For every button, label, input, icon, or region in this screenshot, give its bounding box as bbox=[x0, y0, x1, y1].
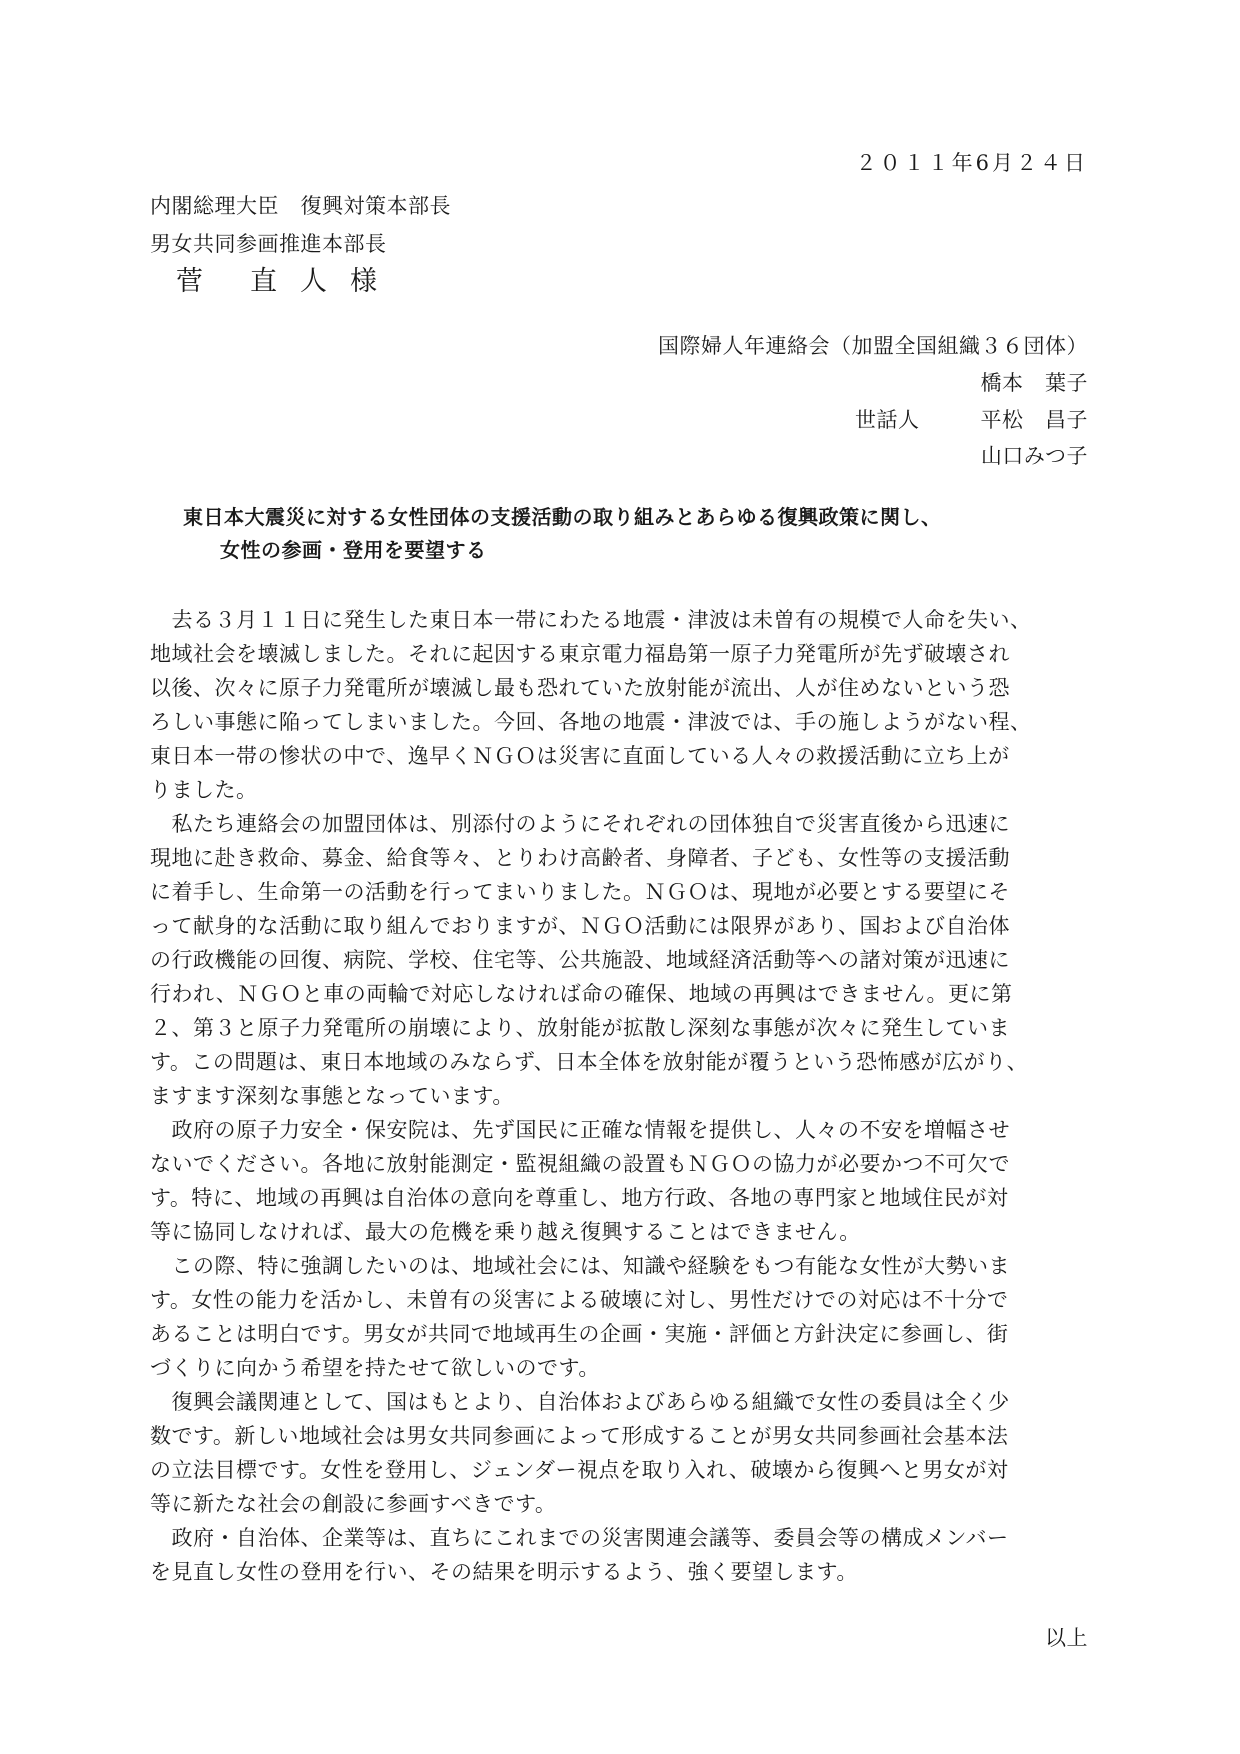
recipient-name-char: 直 bbox=[250, 268, 300, 295]
body-line: 現地に赴き救命、募金、給食等々、とりわけ高齢者、身障者、子ども、女性等の支援活動 bbox=[150, 848, 1090, 869]
body-line: 行われ、ＮＧＯと車の両輪で対応しなければ命の確保、地域の再興はできません。更に第 bbox=[150, 984, 1090, 1005]
body-line: ないでください。各地に放射能測定・監視組織の設置もＮＧＯの協力が必要かつ不可欠で bbox=[150, 1154, 1090, 1175]
body-line: 等に新たな社会の創設に参画すべきです。 bbox=[150, 1494, 1090, 1515]
body-line: 去る３月１１日に発生した東日本一帯にわたる地震・津波は未曽有の規模で人命を失い、 bbox=[150, 610, 1090, 631]
body-line: を見直し女性の登用を行い、その結果を明示するよう、強く要望します。 bbox=[150, 1562, 1090, 1583]
letter-date: ２０１１年6月２４日 bbox=[856, 153, 1088, 174]
body-line: 東日本一帯の惨状の中で、逸早くＮＧＯは災害に直面している人々の救援活動に立ち上が bbox=[150, 746, 1090, 767]
recipient-name-char: 様 bbox=[350, 268, 379, 295]
body-line: この際、特に強調したいのは、地域社会には、知識や経験をもつ有能な女性が大勢いま bbox=[150, 1256, 1090, 1277]
body-line: って献身的な活動に取り組んでおりますが、ＮＧＯ活動には限界があり、国および自治体 bbox=[150, 916, 1090, 937]
document-title-line-1: 東日本大震災に対する女性団体の支援活動の取り組みとあらゆる復興政策に関し、 bbox=[183, 507, 942, 527]
document-title-line-2: 女性の参画・登用を要望する bbox=[220, 540, 487, 560]
body-line: 私たち連絡会の加盟団体は、別添付のようにそれぞれの団体独自で災害直後から迅速に bbox=[150, 814, 1090, 835]
body-line: ２、第３と原子力発電所の崩壊により、放射能が拡散し深刻な事態が次々に発生していま bbox=[150, 1018, 1090, 1039]
body-line: す。特に、地域の再興は自治体の意向を尊重し、地方行政、各地の専門家と地域住民が対 bbox=[150, 1188, 1090, 1209]
letter-page: ２０１１年6月２４日 内閣総理大臣 復興対策本部長 男女共同参画推進本部長 菅直… bbox=[0, 0, 1240, 1754]
body-line: に着手し、生命第一の活動を行ってまいりました。ＮＧＯは、現地が必要とする要望にそ bbox=[150, 882, 1090, 903]
sender-name: 山口みつ子 bbox=[981, 446, 1088, 467]
recipient-title-2: 男女共同参画推進本部長 bbox=[150, 234, 387, 255]
closing-ijo: 以上 bbox=[1045, 1628, 1088, 1649]
recipient-name: 菅直人様 bbox=[176, 268, 379, 295]
body-line: 以後、次々に原子力発電所が壊滅し最も恐れていた放射能が流出、人が住めないという恐 bbox=[150, 678, 1090, 699]
body-line: 地域社会を壊滅しました。それに起因する東京電力福島第一原子力発電所が先ず破壊され bbox=[150, 644, 1090, 665]
body-line: ますます深刻な事態となっています。 bbox=[150, 1086, 1090, 1107]
body-line: す。女性の能力を活かし、未曽有の災害による破壊に対し、男性だけでの対応は不十分で bbox=[150, 1290, 1090, 1311]
body-line: あることは明白です。男女が共同で地域再生の企画・実施・評価と方針決定に参画し、街 bbox=[150, 1324, 1090, 1345]
body-line: 政府・自治体、企業等は、直ちにこれまでの災害関連会議等、委員会等の構成メンバー bbox=[150, 1528, 1090, 1549]
body-line: 政府の原子力安全・保安院は、先ず国民に正確な情報を提供し、人々の不安を増幅させ bbox=[150, 1120, 1090, 1141]
body-line: 数です。新しい地域社会は男女共同参画によって形成することが男女共同参画社会基本法 bbox=[150, 1426, 1090, 1447]
recipient-name-char: 菅 bbox=[176, 268, 250, 295]
recipient-name-char: 人 bbox=[300, 268, 350, 295]
sender-name: 平松 昌子 bbox=[981, 410, 1089, 431]
body-line: りました。 bbox=[150, 780, 1090, 801]
body-line: 等に協同しなければ、最大の危機を乗り越え復興することはできません。 bbox=[150, 1222, 1090, 1243]
body-line: ろしい事態に陥ってしまいました。今回、各地の地震・津波では、手の施しようがない程… bbox=[150, 712, 1090, 733]
recipient-title-1: 内閣総理大臣 復興対策本部長 bbox=[150, 196, 451, 217]
sender-name: 橋本 葉子 bbox=[981, 373, 1089, 394]
body-line: づくりに向かう希望を持たせて欲しいのです。 bbox=[150, 1358, 1090, 1379]
sender-role: 世話人 bbox=[855, 410, 920, 431]
sender-organization: 国際婦人年連絡会（加盟全国組織３６団体） bbox=[658, 336, 1088, 357]
body-line: 復興会議関連として、国はもとより、自治体およびあらゆる組織で女性の委員は全く少 bbox=[150, 1392, 1090, 1413]
body-line: す。この問題は、東日本地域のみならず、日本全体を放射能が覆うという恐怖感が広がり… bbox=[150, 1052, 1090, 1073]
body-line: の行政機能の回復、病院、学校、住宅等、公共施設、地域経済活動等への諸対策が迅速に bbox=[150, 950, 1090, 971]
body-line: の立法目標です。女性を登用し、ジェンダー視点を取り入れ、破壊から復興へと男女が対 bbox=[150, 1460, 1090, 1481]
